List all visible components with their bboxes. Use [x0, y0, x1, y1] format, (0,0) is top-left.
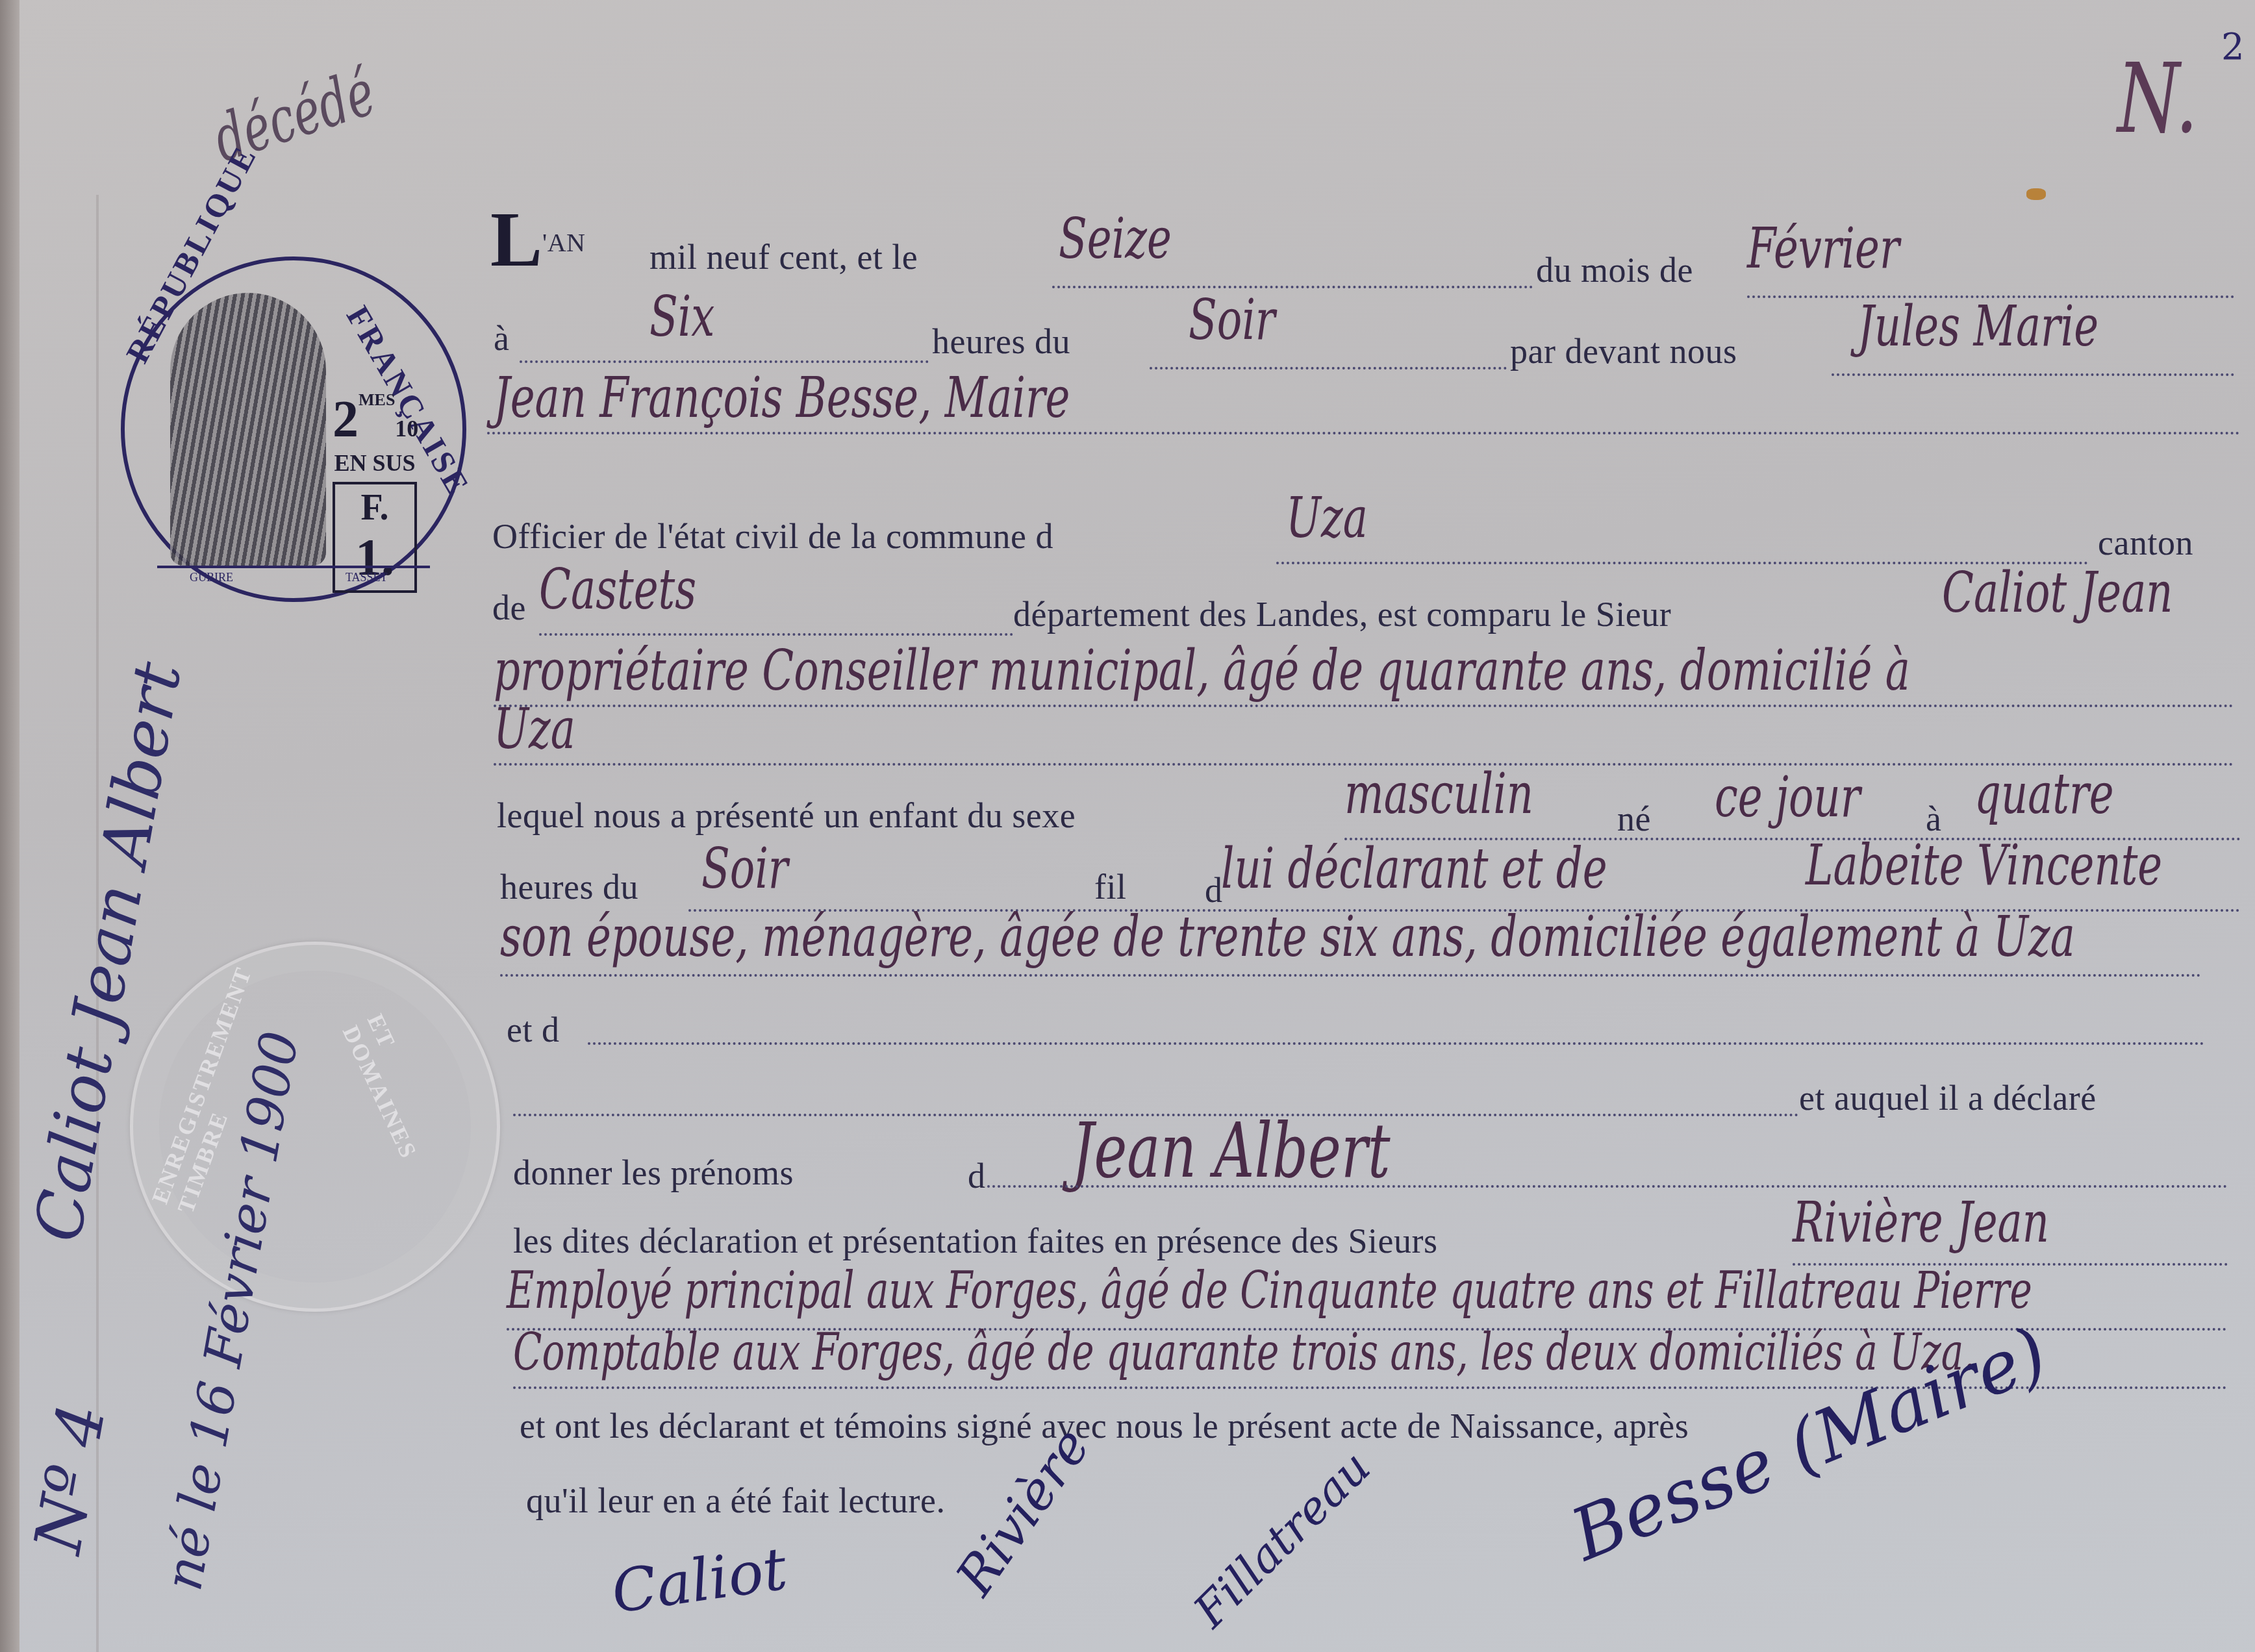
- signature-caliot: Caliot: [607, 1534, 790, 1627]
- justice-figure-icon: [170, 293, 326, 566]
- margin-entry-number: Nº 4: [19, 1399, 120, 1559]
- stamp-engraver-left: GUBIRE: [190, 571, 233, 584]
- birth-certificate-page: décédé N. 2 RÉPUBLIQUE FRANÇAISE 2MES10 …: [0, 0, 2255, 1652]
- birth-day-field: ce jour: [1715, 766, 1860, 831]
- embossed-seal: ENREGISTREMENT TIMBRE ET DOMAINES: [130, 942, 500, 1312]
- folio-number: 2: [2221, 26, 2245, 68]
- mother-field: Labeite Vincente: [1806, 834, 2162, 899]
- folio-mark: N.: [2117, 42, 2198, 155]
- witness2-detail-field: Comptable aux Forges, âgé de quarante tr…: [513, 1322, 1976, 1382]
- mother-detail-field: son épouse, ménagère, âgée de trente six…: [500, 905, 2075, 970]
- ink-stain: [2026, 188, 2046, 200]
- month-field: Février: [1747, 217, 1899, 282]
- stamp-engraver-right: TASSET: [346, 571, 388, 584]
- declarant-detail-field: propriétaire Conseiller municipal, âgé d…: [494, 639, 1910, 704]
- page-fold-shadow: [0, 0, 19, 1652]
- commune-field: Uza: [1286, 486, 1368, 551]
- day-field: Seize: [1059, 207, 1172, 272]
- fiscal-stamp: RÉPUBLIQUE FRANÇAISE 2MES10 EN SUS F. 1.…: [121, 257, 466, 602]
- stamp-baseline: [157, 566, 430, 568]
- witness1-detail-field: Employé principal aux Forges, âgé de Cin…: [507, 1260, 2032, 1320]
- given-names-field: Jean Albert: [1072, 1107, 1391, 1195]
- declarant-residence-field: Uza: [494, 697, 575, 762]
- birth-period-field: Soir: [701, 837, 788, 902]
- sex-field: masculin: [1344, 762, 1533, 827]
- mayor-rest-field: Jean François Besse, Maire: [494, 366, 1070, 431]
- mayor-name-field: Jules Marie: [1858, 295, 2098, 360]
- stamp-denomination: 2MES10 EN SUS F. 1.: [333, 390, 417, 593]
- declarant-field: Caliot Jean: [1942, 561, 2173, 626]
- signature-fillatreau: Fillatreau: [1183, 1440, 1381, 1638]
- hour-field: Six: [649, 285, 714, 350]
- period-field: Soir: [1189, 288, 1275, 353]
- canton-field: Castets: [539, 558, 696, 623]
- drop-cap-L: L: [490, 195, 543, 284]
- birth-hour-field: quatre: [1974, 762, 2114, 827]
- father-field: lui déclarant et de: [1221, 837, 1607, 902]
- witness1-field: Rivière Jean: [1793, 1191, 2049, 1256]
